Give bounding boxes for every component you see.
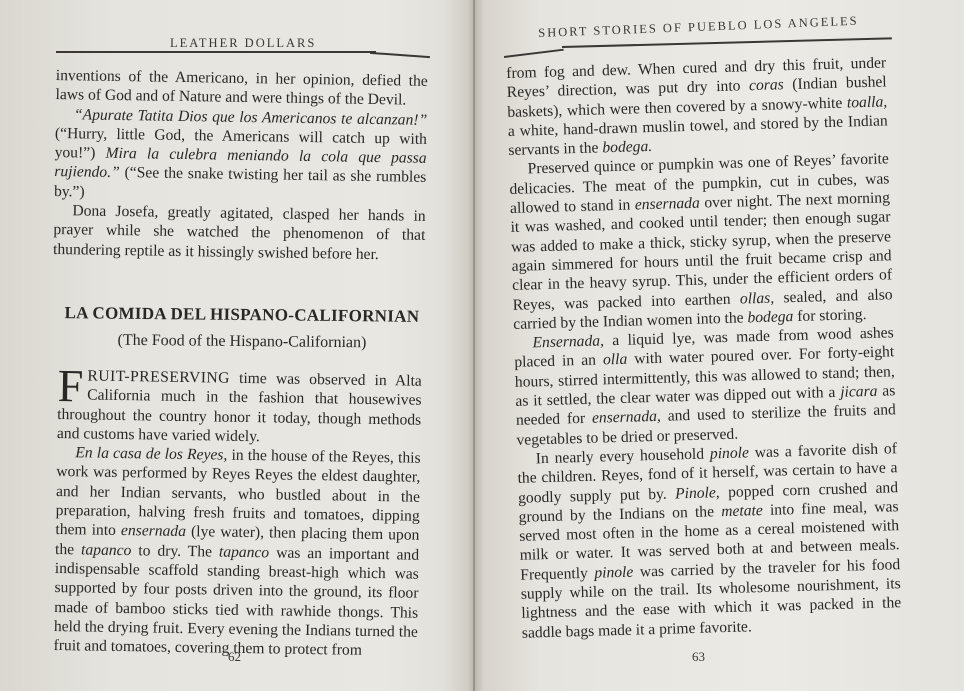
paragraph: En la casa de los Reyes, in the house of… <box>53 443 420 661</box>
book-spread: LEATHER DOLLARS inventions of the Americ… <box>0 0 964 691</box>
paragraph: In nearly every household pinole was a f… <box>517 439 902 643</box>
header-rule <box>504 49 564 58</box>
page-number: 63 <box>692 649 705 665</box>
italic-text: ensernada, <box>592 408 661 427</box>
italic-text: tapanco <box>219 543 270 561</box>
italic-text: pinole <box>710 444 749 462</box>
body-text: from fog and dew. When cured and dry thi… <box>506 53 902 642</box>
right-page: SHORT STORIES OF PUEBLO LOS ANGELES from… <box>476 0 964 691</box>
italic-text: olla <box>603 351 628 369</box>
header-rule <box>56 51 376 53</box>
italic-text: tapanco <box>81 541 132 559</box>
opening-smallcaps: RUIT-PRESERVING <box>87 367 230 386</box>
left-page: LEATHER DOLLARS inventions of the Americ… <box>0 0 474 691</box>
chapter-subtitle: (The Food of the Hispano-Californian) <box>62 331 422 353</box>
chapter-title: LA COMIDA DEL HISPANO-CALIFORNIAN <box>62 303 422 327</box>
opening-paragraph: FRUIT-PRESERVING time was observed in Al… <box>57 366 422 449</box>
text-run: for storing. <box>793 306 867 325</box>
page-number: 62 <box>228 649 241 665</box>
italic-text: pinole <box>594 563 633 581</box>
italic-text: metate <box>721 502 763 520</box>
text-run: Dona Josefa, greatly agitated, clasped h… <box>53 202 426 262</box>
text-run: inventions of the Americano, in her opin… <box>55 67 428 109</box>
text-run: was an important and indispensable scaff… <box>53 544 419 659</box>
paragraph: “Apurate Tatita Dios que los Americanos … <box>54 105 427 207</box>
italic-text: coras <box>749 77 784 95</box>
text-run: to dry. The <box>131 542 219 560</box>
running-head: LEATHER DOLLARS <box>170 36 316 51</box>
italic-text: bodega. <box>602 138 652 156</box>
italic-text: Pinole, <box>675 484 720 502</box>
text-run: In nearly every household <box>536 445 711 467</box>
italic-text: jicara <box>840 383 878 401</box>
italic-text: ensernada <box>121 522 186 540</box>
header-rule <box>370 52 430 58</box>
paragraph: Dona Josefa, greatly agitated, clasped h… <box>53 201 426 265</box>
paragraph: inventions of the Americano, in her opin… <box>55 66 428 110</box>
paragraph: Ensernada, a liquid lye, was made from w… <box>514 323 897 449</box>
italic-text: bodega <box>747 308 793 326</box>
chapter-body-text: FRUIT-PRESERVING time was observed in Al… <box>53 366 422 661</box>
italic-text: En la casa de los Reyes, <box>75 444 227 463</box>
italic-text: ollas, <box>740 289 775 307</box>
italic-text: ensernada <box>635 195 700 214</box>
header-rule <box>562 37 892 47</box>
chapter-paragraphs: En la casa de los Reyes, in the house of… <box>53 443 420 661</box>
drop-cap: F <box>57 368 83 404</box>
running-head: SHORT STORIES OF PUEBLO LOS ANGELES <box>538 14 859 41</box>
body-text: inventions of the Americano, in her opin… <box>53 66 428 265</box>
italic-text: Ensernada, <box>532 333 604 352</box>
italic-text: toalla, <box>847 93 888 111</box>
paragraph: from fog and dew. When cured and dry thi… <box>506 53 889 160</box>
paragraph: Preserved quince or pumpkin was one of R… <box>509 150 894 334</box>
